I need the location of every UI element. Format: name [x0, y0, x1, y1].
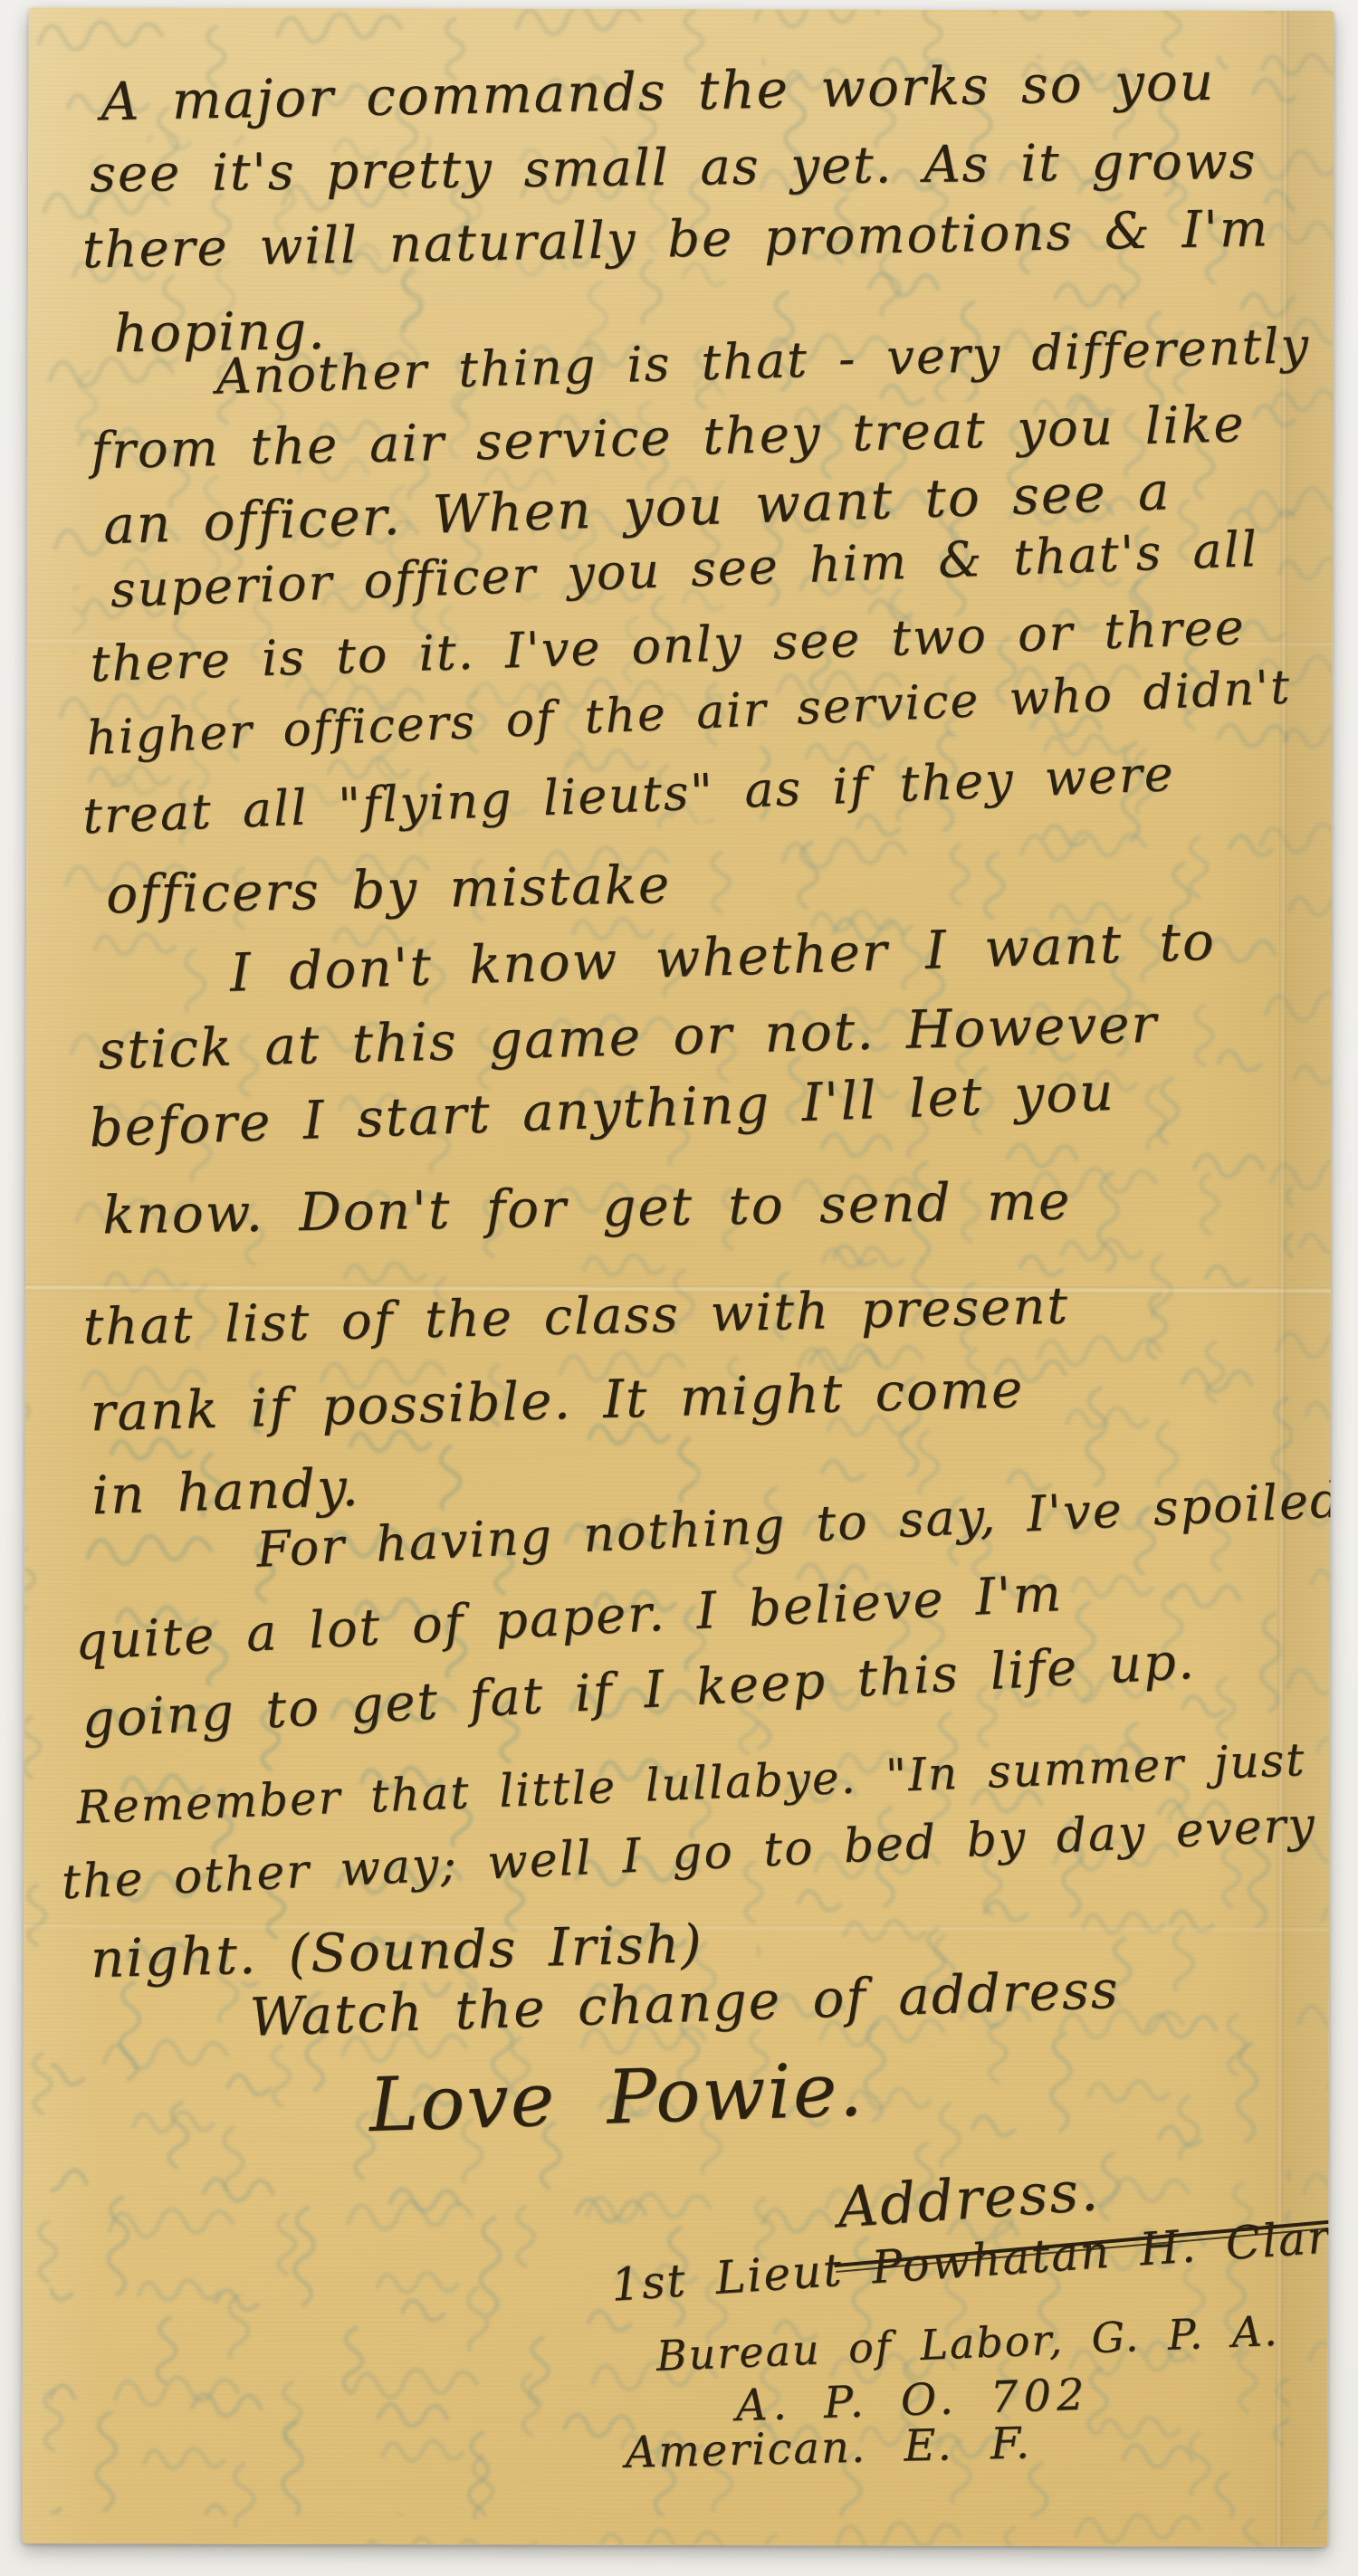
- handwriting-line: rank if possible. It might come: [90, 1358, 1025, 1443]
- letter-paper: A major commands the works so you see it…: [22, 7, 1334, 2547]
- handwriting-line: A major commands the works so you: [100, 51, 1216, 133]
- handwriting-line: treat all "flying lieuts" as if they wer…: [81, 745, 1176, 844]
- handwriting-line: Another thing is that - very differently: [215, 317, 1311, 405]
- handwriting-line: see it's pretty small as yet. As it grow…: [90, 132, 1258, 205]
- handwriting-line: in handy.: [91, 1456, 360, 1527]
- signature: Love Powie.: [368, 2046, 865, 2149]
- handwriting-line: there will naturally be promotions & I'm: [81, 199, 1269, 280]
- address-line: Bureau of Labor, G. P. A.: [655, 2306, 1280, 2380]
- address-line: American. E. F.: [625, 2418, 1032, 2478]
- handwriting-line: For having nothing to say, I've spoiled: [255, 1471, 1334, 1578]
- handwriting-line: officers by mistake: [105, 854, 671, 925]
- handwriting-line: know. Don't for get to send me: [102, 1169, 1072, 1245]
- handwriting-line: I don't know whether I want to: [229, 911, 1217, 1004]
- scanned-letter-page: { "document": { "kind": "handwritten let…: [0, 0, 1358, 2576]
